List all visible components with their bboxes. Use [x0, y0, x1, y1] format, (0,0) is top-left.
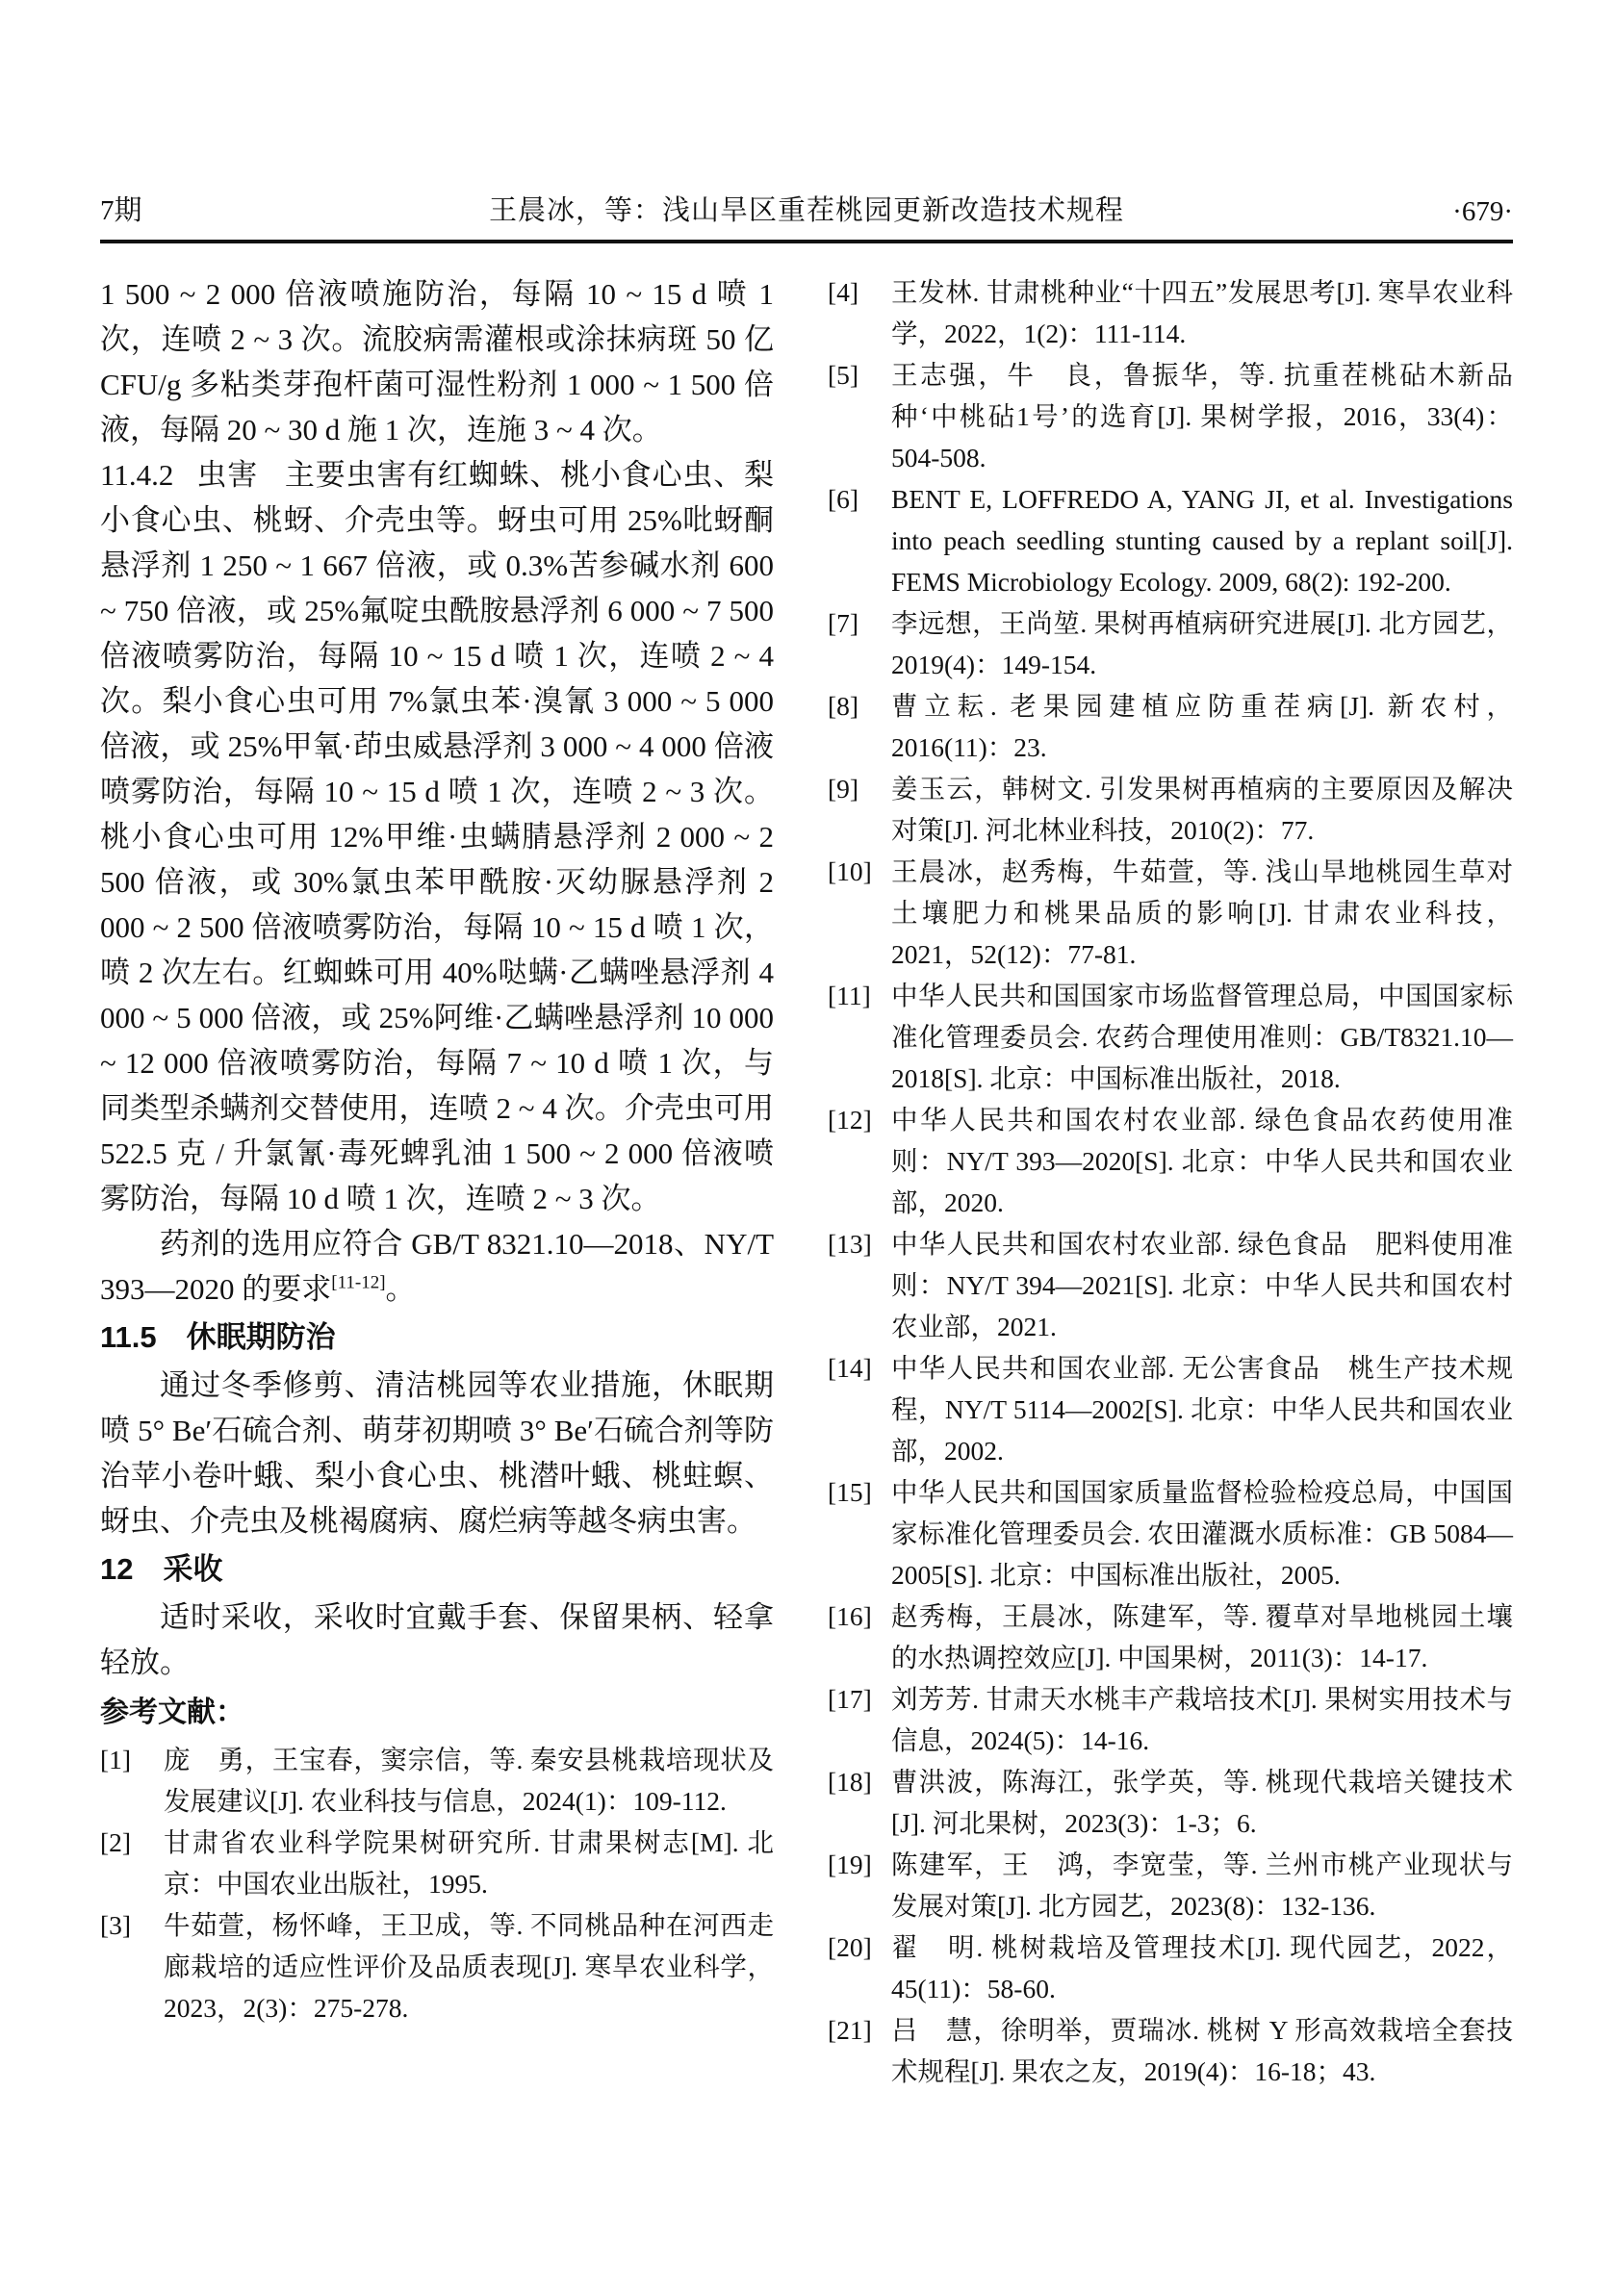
- reference-item: [12] 中华人民共和国农村农业部. 绿色食品农药使用准则：NY/T 393—2…: [828, 1099, 1513, 1223]
- reference-number: [19]: [828, 1844, 891, 1926]
- heading-dormant-control: 11.5 休眠期防治: [100, 1314, 774, 1361]
- reference-number: [13]: [828, 1223, 891, 1347]
- body-paragraph-spray: 1 500 ~ 2 000 倍液喷施防治，每隔 10 ~ 15 d 喷 1 次，…: [100, 271, 774, 452]
- reference-item: [15] 中华人民共和国国家质量监督检验检疫总局，中国国家标准化管理委员会. 农…: [828, 1471, 1513, 1595]
- reference-item: [19] 陈建军，王 鸿，李宽莹，等. 兰州市桃产业现状与发展对策[J]. 北方…: [828, 1844, 1513, 1926]
- reference-text: 曹立耘. 老果园建植应防重茬病[J]. 新农村，2016(11)：23.: [891, 685, 1513, 768]
- reference-item: [16] 赵秀梅，王晨冰，陈建军，等. 覆草对旱地桃园土壤的水热调控效应[J].…: [828, 1595, 1513, 1678]
- reference-number: [18]: [828, 1761, 891, 1844]
- reference-number: [14]: [828, 1347, 891, 1471]
- reference-text: 曹洪波，陈海江，张学英，等. 桃现代栽培关键技术[J]. 河北果树，2023(3…: [891, 1761, 1513, 1844]
- reference-text: 翟 明. 桃树栽培及管理技术[J]. 现代园艺，2022，45(11)：58-6…: [891, 1926, 1513, 2009]
- reference-item: [18] 曹洪波，陈海江，张学英，等. 桃现代栽培关键技术[J]. 河北果树，2…: [828, 1761, 1513, 1844]
- reference-item: [1] 庞 勇，王宝春，窦宗信，等. 秦安县桃栽培现状及发展建议[J]. 农业科…: [100, 1739, 774, 1822]
- reference-number: [15]: [828, 1471, 891, 1595]
- body-paragraph-dormant: 通过冬季修剪、清洁桃园等农业措施，休眠期喷 5° Be′石硫合剂、萌芽初期喷 3…: [100, 1363, 774, 1543]
- reference-number: [3]: [100, 1904, 164, 2028]
- reference-item: [20] 翟 明. 桃树栽培及管理技术[J]. 现代园艺，2022，45(11)…: [828, 1926, 1513, 2009]
- reference-number: [21]: [828, 2009, 891, 2092]
- issue-number: 7期: [100, 189, 273, 228]
- reference-number: [7]: [828, 602, 891, 685]
- standards-text: 药剂的选用应符合 GB/T 8321.10—2018、NY/T 393—2020…: [100, 1227, 774, 1306]
- reference-item: [4] 王发林. 甘肃桃种业“十四五”发展思考[J]. 寒旱农业科学，2022，…: [828, 271, 1513, 354]
- reference-text: 庞 勇，王宝春，窦宗信，等. 秦安县桃栽培现状及发展建议[J]. 农业科技与信息…: [164, 1739, 774, 1822]
- reference-number: [12]: [828, 1099, 891, 1223]
- reference-number: [16]: [828, 1595, 891, 1678]
- reference-number: [11]: [828, 975, 891, 1099]
- reference-item: [17] 刘芳芳. 甘肃天水桃丰产栽培技术[J]. 果树实用技术与信息，2024…: [828, 1678, 1513, 1761]
- reference-text: 中华人民共和国国家市场监督管理总局，中国国家标准化管理委员会. 农药合理使用准则…: [891, 975, 1513, 1099]
- reference-text: 中华人民共和国国家质量监督检验检疫总局，中国国家标准化管理委员会. 农田灌溉水质…: [891, 1471, 1513, 1595]
- reference-item: [5] 王志强，牛 良，鲁振华，等. 抗重茬桃砧木新品种‘中桃砧1号’的选育[J…: [828, 354, 1513, 478]
- reference-number: [4]: [828, 271, 891, 354]
- standards-period: 。: [386, 1272, 416, 1306]
- reference-item: [21] 吕 慧，徐明举，贾瑞冰. 桃树 Y 形高效栽培全套技术规程[J]. 果…: [828, 2009, 1513, 2092]
- reference-item: [9] 姜玉云，韩树文. 引发果树再植病的主要原因及解决对策[J]. 河北林业科…: [828, 768, 1513, 851]
- reference-number: [8]: [828, 685, 891, 768]
- references-heading: 参考文献：: [100, 1689, 774, 1737]
- reference-number: [6]: [828, 478, 891, 602]
- reference-text: 甘肃省农业科学院果树研究所. 甘肃果树志[M]. 北京：中国农业出版社，1995…: [164, 1822, 774, 1904]
- reference-text: 刘芳芳. 甘肃天水桃丰产栽培技术[J]. 果树实用技术与信息，2024(5)：1…: [891, 1678, 1513, 1761]
- citation-superscript: [11-12]: [331, 1273, 385, 1293]
- reference-item: [8] 曹立耘. 老果园建植应防重茬病[J]. 新农村，2016(11)：23.: [828, 685, 1513, 768]
- reference-text: 吕 慧，徐明举，贾瑞冰. 桃树 Y 形高效栽培全套技术规程[J]. 果农之友，2…: [891, 2009, 1513, 2092]
- page-number: ·679·: [1340, 196, 1513, 228]
- reference-item: [7] 李远想，王尚堃. 果树再植病研究进展[J]. 北方园艺，2019(4)：…: [828, 602, 1513, 685]
- journal-page: 7期 王晨冰，等：浅山旱区重茬桃园更新改造技术规程 ·679· 1 500 ~ …: [0, 0, 1614, 2296]
- reference-text: 牛茹萱，杨怀峰，王卫成，等. 不同桃品种在河西走廊栽培的适应性评价及品质表现[J…: [164, 1904, 774, 2028]
- reference-text: 李远想，王尚堃. 果树再植病研究进展[J]. 北方园艺，2019(4)：149-…: [891, 602, 1513, 685]
- reference-text: 陈建军，王 鸿，李宽莹，等. 兰州市桃产业现状与发展对策[J]. 北方园艺，20…: [891, 1844, 1513, 1926]
- reference-item: [13] 中华人民共和国农村农业部. 绿色食品 肥料使用准则：NY/T 394—…: [828, 1223, 1513, 1347]
- reference-text: 王发林. 甘肃桃种业“十四五”发展思考[J]. 寒旱农业科学，2022，1(2)…: [891, 271, 1513, 354]
- reference-text: 中华人民共和国农业部. 无公害食品 桃生产技术规程，NY/T 5114—2002…: [891, 1347, 1513, 1471]
- reference-text: 王晨冰，赵秀梅，牛茹萱，等. 浅山旱地桃园生草对土壤肥力和桃果品质的影响[J].…: [891, 851, 1513, 975]
- left-column: 1 500 ~ 2 000 倍液喷施防治，每隔 10 ~ 15 d 喷 1 次，…: [100, 271, 774, 2028]
- references-list-right: [4] 王发林. 甘肃桃种业“十四五”发展思考[J]. 寒旱农业科学，2022，…: [828, 271, 1513, 2092]
- reference-text: 中华人民共和国农村农业部. 绿色食品农药使用准则：NY/T 393—2020[S…: [891, 1099, 1513, 1223]
- reference-number: [17]: [828, 1678, 891, 1761]
- reference-item: [10] 王晨冰，赵秀梅，牛茹萱，等. 浅山旱地桃园生草对土壤肥力和桃果品质的影…: [828, 851, 1513, 975]
- reference-text: 中华人民共和国农村农业部. 绿色食品 肥料使用准则：NY/T 394—2021[…: [891, 1223, 1513, 1347]
- heading-harvest: 12 采收: [100, 1545, 774, 1593]
- reference-number: [2]: [100, 1822, 164, 1904]
- reference-number: [9]: [828, 768, 891, 851]
- reference-item: [14] 中华人民共和国农业部. 无公害食品 桃生产技术规程，NY/T 5114…: [828, 1347, 1513, 1471]
- reference-text: 王志强，牛 良，鲁振华，等. 抗重茬桃砧木新品种‘中桃砧1号’的选育[J]. 果…: [891, 354, 1513, 478]
- body-paragraph-pests: 11.4.2虫害主要虫害有红蜘蛛、桃小食心虫、梨小食心虫、桃蚜、介壳虫等。蚜虫可…: [100, 452, 774, 1221]
- reference-text: 赵秀梅，王晨冰，陈建军，等. 覆草对旱地桃园土壤的水热调控效应[J]. 中国果树…: [891, 1595, 1513, 1678]
- body-paragraph-harvest: 适时采收，采收时宜戴手套、保留果柄、轻拿轻放。: [100, 1594, 774, 1685]
- reference-number: [20]: [828, 1926, 891, 2009]
- reference-item: [6] BENT E, LOFFREDO A, YANG JI, et al. …: [828, 478, 1513, 602]
- page-header: 7期 王晨冰，等：浅山旱区重茬桃园更新改造技术规程 ·679·: [100, 189, 1513, 243]
- section-number-11-4-2: 11.4.2: [100, 458, 173, 492]
- reference-item: [2] 甘肃省农业科学院果树研究所. 甘肃果树志[M]. 北京：中国农业出版社，…: [100, 1822, 774, 1904]
- reference-text: 姜玉云，韩树文. 引发果树再植病的主要原因及解决对策[J]. 河北林业科技，20…: [891, 768, 1513, 851]
- running-title: 王晨冰，等：浅山旱区重茬桃园更新改造技术规程: [273, 189, 1340, 228]
- reference-item: [3] 牛茹萱，杨怀峰，王卫成，等. 不同桃品种在河西走廊栽培的适应性评价及品质…: [100, 1904, 774, 2028]
- section-title-pests: 虫害: [196, 458, 258, 492]
- references-list-left: [1] 庞 勇，王宝春，窦宗信，等. 秦安县桃栽培现状及发展建议[J]. 农业科…: [100, 1739, 774, 2028]
- reference-number: [5]: [828, 354, 891, 478]
- reference-item: [11] 中华人民共和国国家市场监督管理总局，中国国家标准化管理委员会. 农药合…: [828, 975, 1513, 1099]
- body-paragraph-pesticide-standards: 药剂的选用应符合 GB/T 8321.10—2018、NY/T 393—2020…: [100, 1221, 774, 1312]
- reference-number: [10]: [828, 851, 891, 975]
- right-column: [4] 王发林. 甘肃桃种业“十四五”发展思考[J]. 寒旱农业科学，2022，…: [828, 271, 1513, 2092]
- reference-text: BENT E, LOFFREDO A, YANG JI, et al. Inve…: [891, 478, 1513, 602]
- section-text-pests: 主要虫害有红蜘蛛、桃小食心虫、梨小食心虫、桃蚜、介壳虫等。蚜虫可用 25%吡蚜酮…: [100, 458, 774, 1215]
- reference-number: [1]: [100, 1739, 164, 1822]
